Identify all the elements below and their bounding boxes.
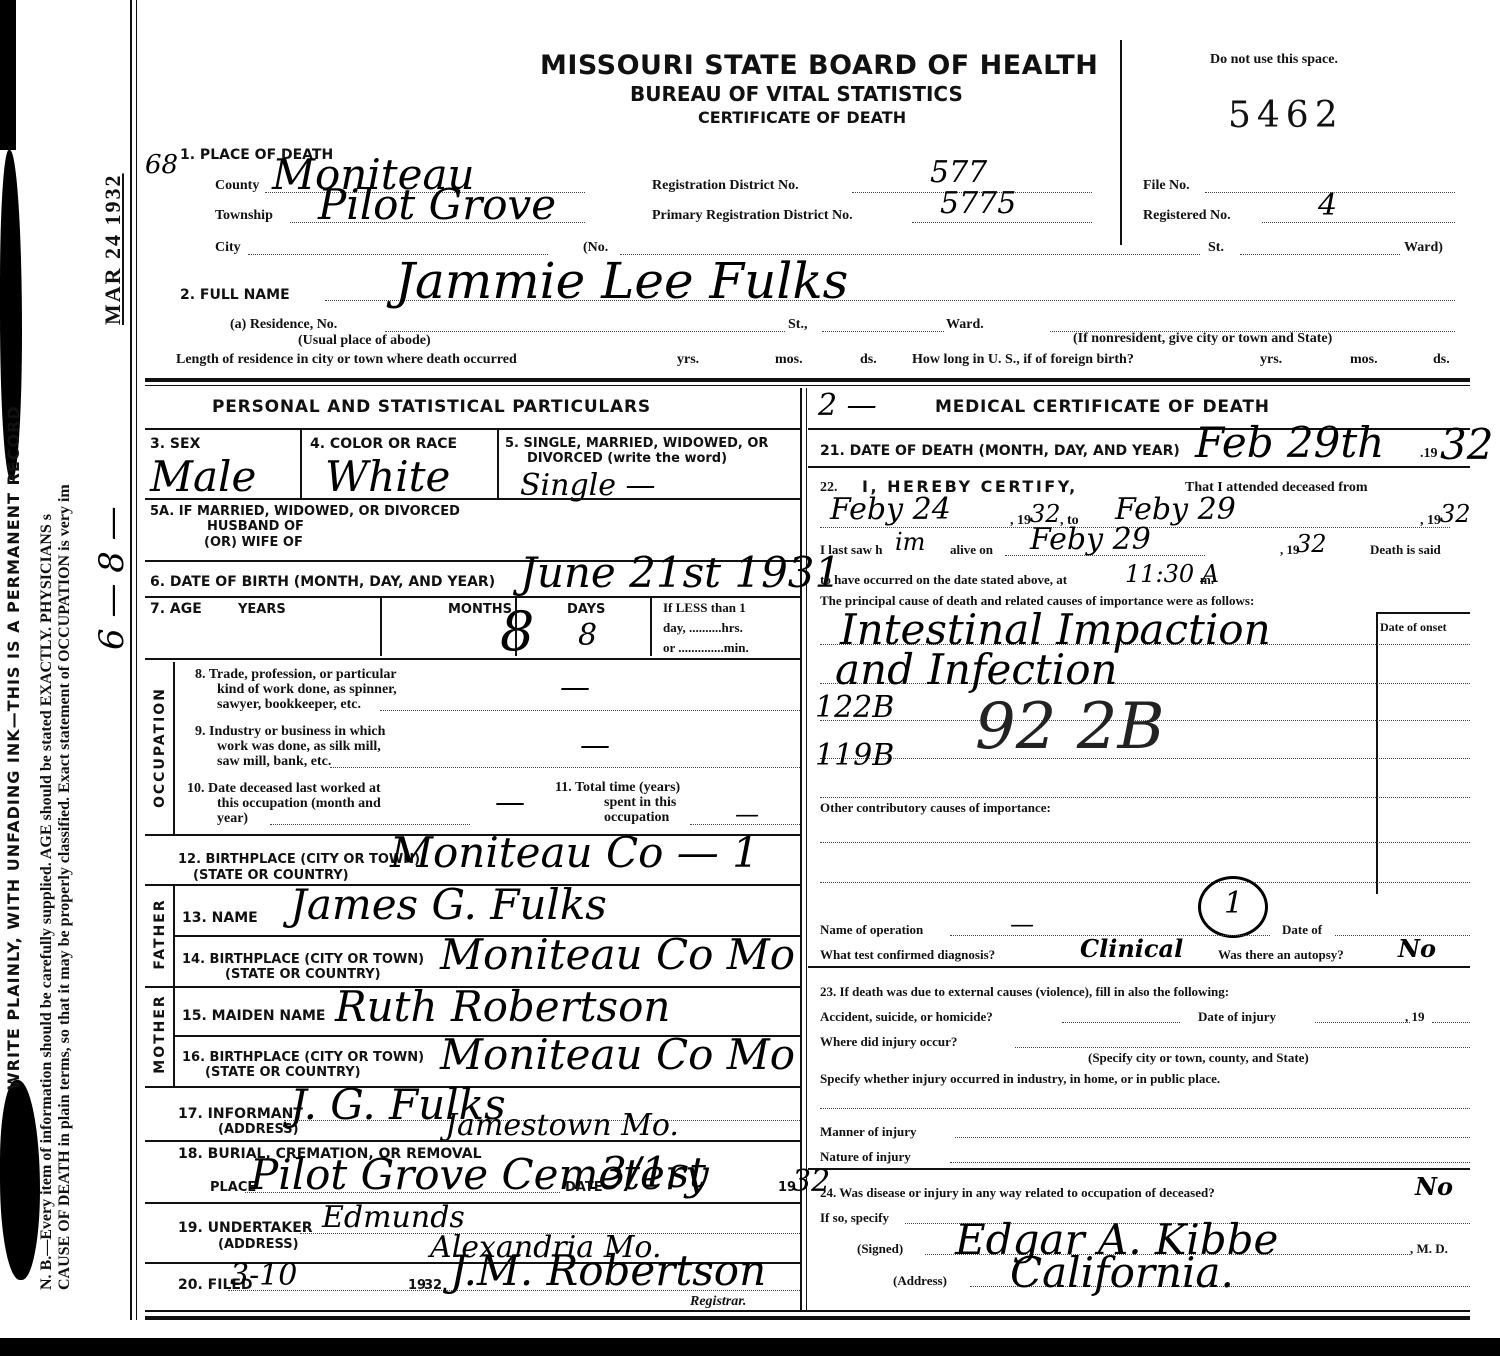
medical-margin-mark: 2 — xyxy=(818,388,877,423)
autopsy-label: Was there an autopsy? xyxy=(1218,947,1344,963)
informant-sublabel: (ADDRESS) xyxy=(218,1122,299,1137)
less-than-1-label: If LESS than 1 xyxy=(663,600,746,616)
days-field[interactable]: 8 xyxy=(578,618,597,653)
industry-field[interactable]: — xyxy=(580,728,610,763)
ward-field[interactable] xyxy=(1240,254,1400,255)
residence-ward-field[interactable] xyxy=(822,331,944,332)
total-time-field[interactable]: — xyxy=(735,800,759,828)
mother-birthplace-sublabel: (STATE OR COUNTRY) xyxy=(205,1065,361,1080)
alive-year-field[interactable]: 32 xyxy=(1296,530,1327,558)
mother-birthplace-label: 16. BIRTHPLACE (CITY OR TOWN) xyxy=(182,1050,424,1065)
dod-field[interactable]: Feb 29th xyxy=(1195,418,1384,467)
from-year-prefix: , 19 xyxy=(1010,513,1031,529)
occupation-side-label: OCCUPATION xyxy=(152,688,168,808)
file-no-label: File No. xyxy=(1143,178,1190,194)
mos-label: mos. xyxy=(775,352,803,368)
residence-ward-label: Ward. xyxy=(946,317,984,333)
mother-maiden-field[interactable]: Ruth Robertson xyxy=(335,982,670,1031)
coding-stamp: 92 2B xyxy=(975,690,1165,764)
residence-sublabel: (Usual place of abode) xyxy=(298,333,431,349)
township-label: Township xyxy=(215,208,273,224)
to-year-field[interactable]: 32 xyxy=(1440,500,1471,528)
where-injury-note: (Specify city or town, county, and State… xyxy=(1088,1050,1309,1066)
nature-injury-field[interactable] xyxy=(950,1162,1470,1163)
birthplace-field[interactable]: Moniteau Co — 1 xyxy=(390,828,759,877)
q8-label-3: sawyer, bookkeeper, etc. xyxy=(217,697,361,713)
accident-field[interactable] xyxy=(1062,1022,1180,1023)
spouse-label: 5A. IF MARRIED, WIDOWED, OR DIVORCED xyxy=(150,504,460,519)
circled-mark-text: 1 xyxy=(1224,886,1243,921)
full-name-field[interactable]: Jammie Lee Fulks xyxy=(395,252,848,310)
filed-year-field[interactable]: 32 xyxy=(424,1278,442,1293)
registered-no-label: Registered No. xyxy=(1143,208,1231,224)
date-of-injury-field[interactable] xyxy=(1315,1022,1410,1023)
mother-maiden-label: 15. MAIDEN NAME xyxy=(182,1008,325,1024)
ward-label: Ward) xyxy=(1404,240,1443,256)
operation-date-label: Date of xyxy=(1282,922,1322,938)
where-injury-field[interactable] xyxy=(1015,1047,1470,1048)
undertaker-sublabel: (ADDRESS) xyxy=(218,1237,299,1252)
frame-left xyxy=(130,0,132,1320)
injury-place-field[interactable] xyxy=(820,1108,1470,1109)
injury-year-prefix: , 19 xyxy=(1405,1009,1425,1025)
sex-label: 3. SEX xyxy=(150,436,200,452)
foreign-birth-label: How long in U. S., if of foreign birth? xyxy=(912,352,1134,368)
alive-on-label: alive on xyxy=(950,542,993,558)
minutes-field[interactable]: or ..............min. xyxy=(663,640,749,656)
city-label: City xyxy=(215,240,241,256)
section-divider xyxy=(145,378,1470,382)
form-title: MISSOURI STATE BOARD OF HEALTH xyxy=(540,50,1098,81)
burial-date-label: DATE xyxy=(565,1180,603,1195)
nb-notice-line2: CAUSE OF DEATH in plain terms, so that i… xyxy=(56,484,74,1290)
race-field[interactable]: White xyxy=(325,452,450,501)
occurred-at-label: to have occurred on the date stated abov… xyxy=(820,572,1067,588)
informant-address-field[interactable]: Jamestown Mo. xyxy=(445,1108,679,1143)
mother-birthplace-field[interactable]: Moniteau Co Mo xyxy=(440,1030,795,1079)
if-so-specify-label: If so, specify xyxy=(820,1210,889,1226)
office-box-divider xyxy=(1120,40,1122,245)
years-label: YEARS xyxy=(238,602,286,617)
where-injury-label: Where did injury occur? xyxy=(820,1034,957,1050)
undertaker-label: 19. UNDERTAKER xyxy=(178,1220,313,1236)
dod-label: 21. DATE OF DEATH (MONTH, DAY, AND YEAR) xyxy=(820,443,1180,459)
q9-label: 9. Industry or business in which xyxy=(195,724,385,740)
father-name-field[interactable]: James G. Fulks xyxy=(290,880,607,929)
q8-label: 8. Trade, profession, or particular xyxy=(195,667,397,683)
q11-label-2: spent in this xyxy=(604,795,676,811)
q9-label-3: saw mill, bank, etc. xyxy=(217,754,331,770)
husband-of-label: HUSBAND OF xyxy=(207,519,304,534)
q10-label-2: this occupation (month and xyxy=(217,796,381,812)
marital-label-2: DIVORCED (write the word) xyxy=(527,451,727,466)
hours-field[interactable]: day, ..........hrs. xyxy=(663,620,743,636)
received-date-stamp: MAR 24 1932 xyxy=(100,173,126,325)
trade-field[interactable]: — xyxy=(560,670,590,705)
cause-code-2: 119B xyxy=(815,738,894,773)
primary-reg-label: Primary Registration District No. xyxy=(652,208,853,224)
mother-side-label: MOTHER xyxy=(152,994,168,1074)
manner-injury-field[interactable] xyxy=(955,1137,1470,1138)
q24-label: 24. Was disease or injury in any way rel… xyxy=(820,1185,1215,1201)
registrar-signature[interactable]: J.M. Robertson xyxy=(450,1246,766,1295)
ds-label: ds. xyxy=(860,352,877,368)
q10-label-3: year) xyxy=(217,811,248,827)
father-side-label: FATHER xyxy=(152,894,168,974)
dob-label: 6. DATE OF BIRTH (MONTH, DAY, AND YEAR) xyxy=(150,574,495,590)
dod-year-field[interactable]: 32 xyxy=(1440,420,1493,469)
residence-label: (a) Residence, No. xyxy=(230,317,337,333)
residence-field[interactable] xyxy=(385,331,785,332)
form-subtitle: BUREAU OF VITAL STATISTICS xyxy=(630,82,963,106)
nature-injury-label: Nature of injury xyxy=(820,1149,911,1165)
operation-field[interactable]: — xyxy=(1010,910,1034,938)
md-label: , M. D. xyxy=(1410,1241,1448,1257)
q8-label-2: kind of work done, as spinner, xyxy=(217,682,397,698)
cause-line-2-field[interactable]: and Infection xyxy=(835,645,1118,694)
time-suffix: m. xyxy=(1200,572,1214,588)
dod-year-prefix: .19 xyxy=(1420,446,1438,462)
office-use-label: Do not use this space. xyxy=(1210,52,1338,68)
last-saw-label: I last saw h xyxy=(820,542,883,558)
reg-district-label: Registration District No. xyxy=(652,178,799,194)
residence-st-label: St., xyxy=(788,317,807,333)
filed-date-field[interactable]: 3-10 xyxy=(230,1258,297,1293)
q10-label: 10. Date deceased last worked at xyxy=(187,781,381,797)
medical-section-title: MEDICAL CERTIFICATE OF DEATH xyxy=(935,397,1270,417)
burial-date-field[interactable]: 3/1st xyxy=(600,1148,706,1197)
autopsy-field[interactable]: No xyxy=(1398,934,1436,963)
nonresident-note: (If nonresident, give city or town and S… xyxy=(1073,331,1332,347)
certificate-number: 5462 xyxy=(1228,95,1344,136)
margin-number: 68 xyxy=(145,150,178,180)
left-margin: WRITE PLAINLY, WITH UNFADING INK—THIS IS… xyxy=(0,0,140,1356)
birthplace-label: 12. BIRTHPLACE (CITY OR TOWN) xyxy=(178,852,420,867)
race-label: 4. COLOR OR RACE xyxy=(310,436,457,452)
q9-label-2: work was done, as silk mill, xyxy=(217,739,381,755)
county-label: County xyxy=(215,178,259,194)
manner-injury-label: Manner of injury xyxy=(820,1124,917,1140)
st-label: St. xyxy=(1208,240,1224,256)
sex-field[interactable]: Male xyxy=(150,452,256,501)
dob-field[interactable]: June 21st 1931 xyxy=(520,548,841,597)
registrar-label: Registrar. xyxy=(690,1294,746,1310)
specify-injury-place-label: Specify whether injury occurred in indus… xyxy=(820,1071,1220,1087)
father-name-label: 13. NAME xyxy=(182,910,258,926)
attended-from-field[interactable]: Feby 24 xyxy=(830,492,951,527)
ink-blot xyxy=(0,0,16,150)
form-name: CERTIFICATE OF DEATH xyxy=(698,108,906,127)
accident-label: Accident, suicide, or homicide? xyxy=(820,1009,993,1025)
scan-edge xyxy=(0,1338,1500,1356)
yrs-label: yrs. xyxy=(677,352,699,368)
primary-reg-field[interactable]: 5775 xyxy=(940,186,1016,221)
test-field[interactable]: Clinical xyxy=(1080,934,1183,963)
date-of-onset-label: Date of onset xyxy=(1380,620,1447,635)
father-birthplace-label: 14. BIRTHPLACE (CITY OR TOWN) xyxy=(182,952,424,967)
yrs-label-2: yrs. xyxy=(1260,352,1282,368)
q11-label: 11. Total time (years) xyxy=(555,780,680,796)
date-of-injury-label: Date of injury xyxy=(1198,1009,1276,1025)
signed-label: (Signed) xyxy=(857,1241,903,1257)
cause-code-1: 122B xyxy=(815,690,894,725)
age-label: 7. AGE xyxy=(150,601,202,617)
nb-notice-line1: N. B.—Every item of information should b… xyxy=(38,514,56,1290)
ink-blot xyxy=(0,1080,40,1280)
length-residence-label: Length of residence in city or town wher… xyxy=(176,352,517,368)
injury-year-field[interactable] xyxy=(1432,1022,1470,1023)
write-plainly-notice: WRITE PLAINLY, WITH UNFADING INK—THIS IS… xyxy=(4,405,23,1090)
days-label: DAYS xyxy=(567,602,605,617)
death-is-said-label: Death is said xyxy=(1370,542,1441,558)
father-birthplace-field[interactable]: Moniteau Co Mo xyxy=(440,930,795,979)
contributory-label: Other contributory causes of importance: xyxy=(820,800,1051,816)
to-year-prefix: , 19 xyxy=(1420,513,1441,529)
mos-label-2: mos. xyxy=(1350,352,1378,368)
personal-section-title: PERSONAL AND STATISTICAL PARTICULARS xyxy=(212,397,651,417)
months-field[interactable]: 8 xyxy=(500,600,534,663)
q23-label: 23. If death was due to external causes … xyxy=(820,984,1229,1000)
registered-no-field[interactable]: 4 xyxy=(1318,188,1337,223)
test-label: What test confirmed diagnosis? xyxy=(820,947,995,963)
margin-handwritten-code: 6 — 8 — xyxy=(92,506,132,650)
physician-address-field[interactable]: California. xyxy=(1010,1248,1234,1297)
q11-label-3: occupation xyxy=(604,810,669,826)
frame-left-inner xyxy=(136,0,137,1320)
operation-label: Name of operation xyxy=(820,922,923,938)
last-worked-field[interactable]: — xyxy=(495,785,525,820)
full-name-label: 2. FULL NAME xyxy=(180,287,290,303)
marital-label: 5. SINGLE, MARRIED, WIDOWED, OR xyxy=(505,436,768,451)
physician-address-label: (Address) xyxy=(893,1273,947,1289)
father-birthplace-sublabel: (STATE OR COUNTRY) xyxy=(225,967,381,982)
wife-of-label: (OR) WIFE OF xyxy=(204,535,303,550)
q24-field[interactable]: No xyxy=(1415,1172,1453,1201)
township-field[interactable]: Pilot Grove xyxy=(318,180,556,229)
ds-label-2: ds. xyxy=(1433,352,1450,368)
alive-on-field[interactable]: Feby 29 xyxy=(1030,522,1151,557)
reg-district-field[interactable]: 577 xyxy=(930,155,987,190)
last-saw-pronoun-field[interactable]: im xyxy=(895,528,925,556)
